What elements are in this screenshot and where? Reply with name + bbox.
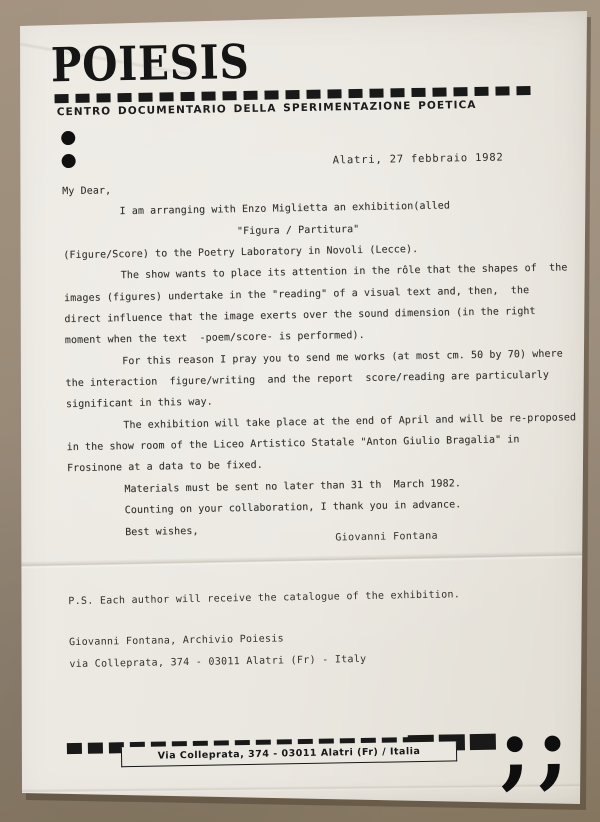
double-quote-ornament: ;; bbox=[498, 705, 575, 792]
dash-block bbox=[180, 92, 194, 101]
dash-block bbox=[285, 90, 299, 99]
dash-block bbox=[327, 89, 341, 98]
letter-date: Alatri, 27 febbraio 1982 bbox=[333, 151, 504, 166]
dash-block bbox=[67, 743, 82, 754]
letter-paper: POIESIS CENTRO DOCUMENTARIO DELLA SPERIM… bbox=[0, 0, 600, 822]
letterhead-logo: POIESIS bbox=[51, 37, 251, 92]
dash-block bbox=[96, 93, 110, 102]
dash-block bbox=[470, 734, 496, 750]
dash-block bbox=[264, 90, 278, 99]
dash-block bbox=[201, 91, 215, 100]
dash-block bbox=[348, 89, 362, 98]
sender-address-line2: via Colleprata, 374 - 03011 Alatri (Fr) … bbox=[69, 649, 366, 676]
signature: Giovanni Fontana bbox=[335, 531, 438, 544]
dash-block bbox=[243, 91, 257, 100]
colon-dot-ornament bbox=[62, 154, 76, 168]
dash-block bbox=[411, 88, 425, 97]
dash-block bbox=[495, 86, 509, 95]
photo-backdrop: POIESIS CENTRO DOCUMENTARIO DELLA SPERIM… bbox=[0, 0, 600, 822]
postscript: P.S. Each author will receive the catalo… bbox=[68, 589, 460, 607]
dash-block bbox=[516, 86, 530, 95]
dash-block bbox=[306, 90, 320, 99]
dash-block bbox=[432, 87, 446, 96]
sender-address: Giovanni Fontana, Archivio Poiesis via C… bbox=[69, 627, 367, 676]
dash-block bbox=[117, 93, 131, 102]
dash-block bbox=[474, 87, 488, 96]
dash-block bbox=[54, 94, 68, 103]
dash-block bbox=[75, 94, 89, 103]
dash-block bbox=[369, 89, 383, 98]
letter-body: My Dear,I am arranging with Enzo Migliet… bbox=[62, 172, 578, 544]
dash-block bbox=[453, 87, 467, 96]
dash-block bbox=[390, 88, 404, 97]
dash-block bbox=[88, 743, 103, 754]
dash-block bbox=[222, 91, 236, 100]
colon-dot-ornament bbox=[61, 131, 75, 145]
dash-block bbox=[138, 93, 152, 102]
letter-content: POIESIS CENTRO DOCUMENTARIO DELLA SPERIM… bbox=[0, 0, 600, 822]
dash-block bbox=[159, 92, 173, 101]
